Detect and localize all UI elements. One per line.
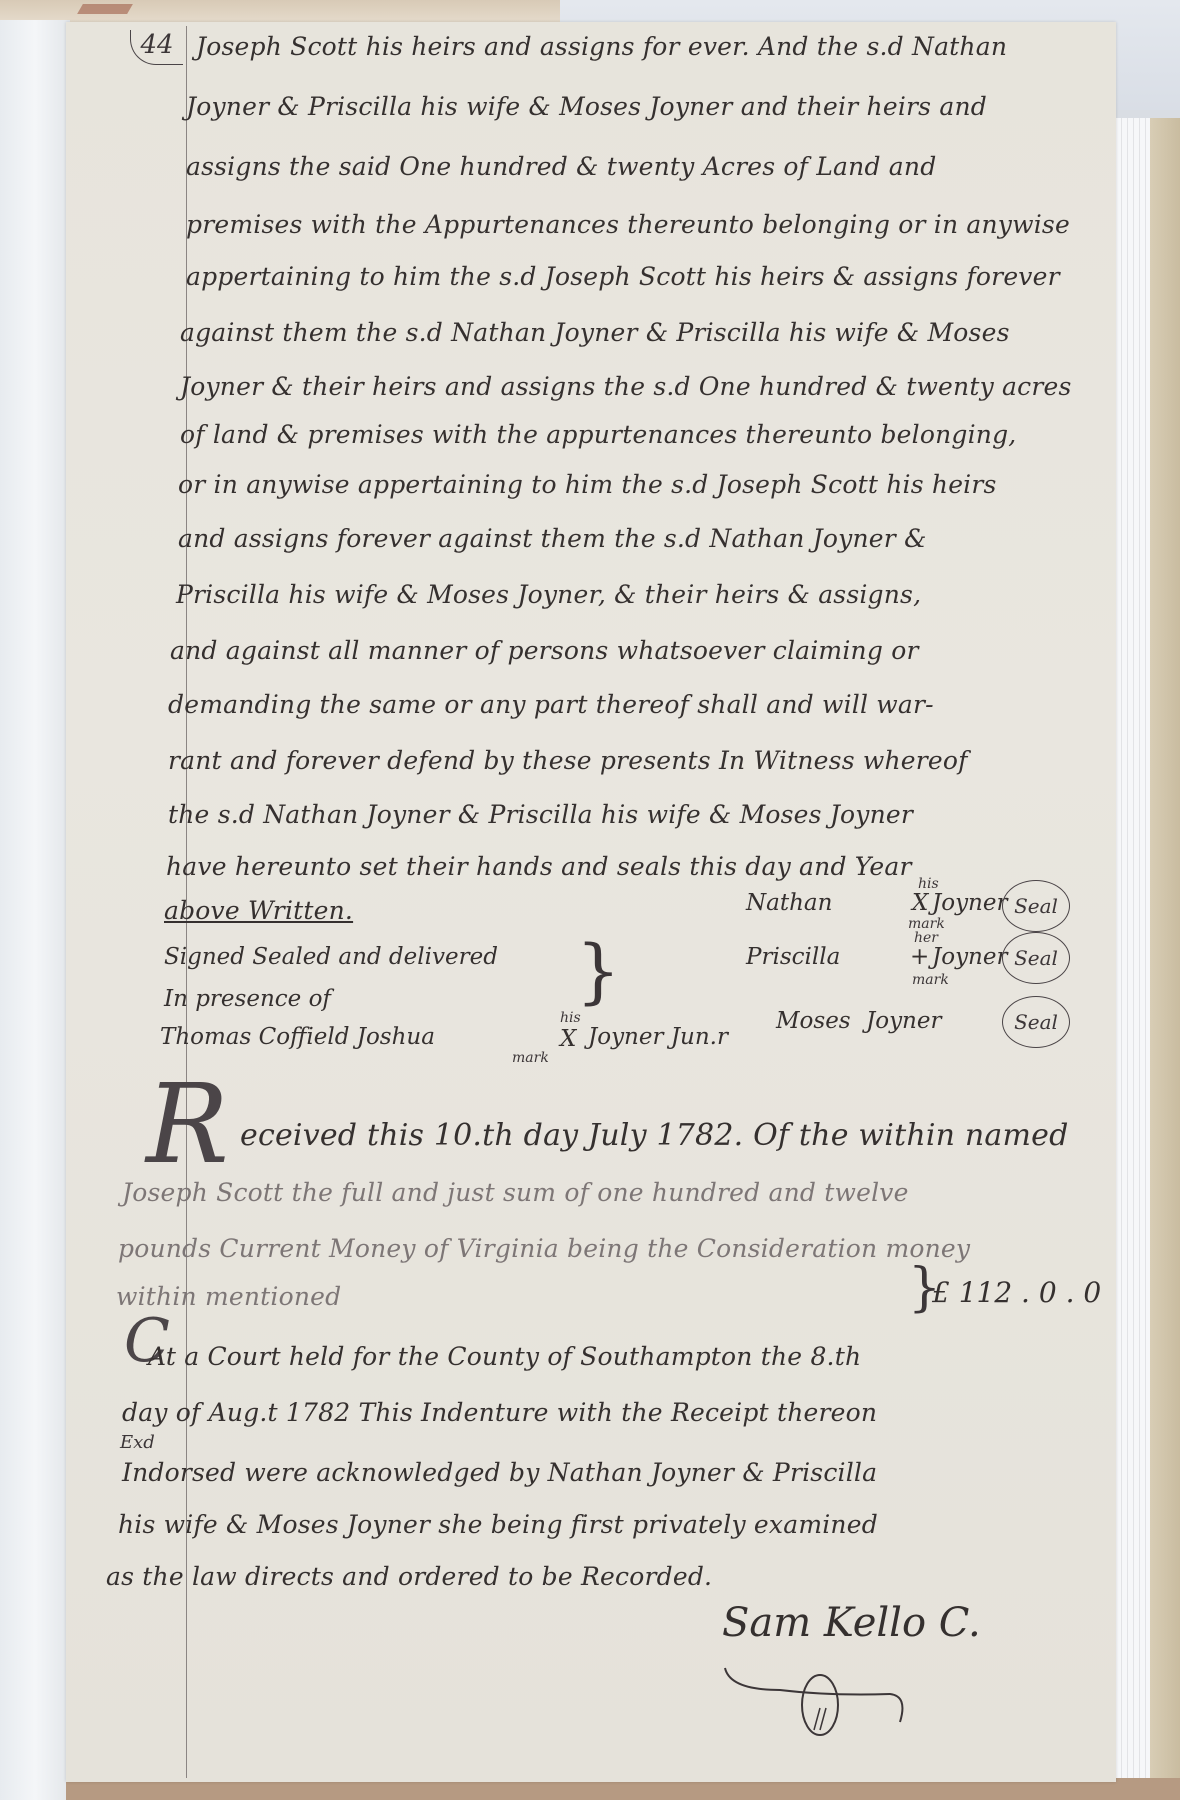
signature-moses-last: Joyner xyxy=(866,1008,941,1034)
scanned-ledger-page: 44 Joseph Scott his heirs and assigns fo… xyxy=(0,0,1180,1800)
court-line: day of Aug.t 1782 This Indenture with th… xyxy=(122,1398,1022,1427)
receipt-initial: R xyxy=(146,1060,229,1188)
signature-priscilla-last: Joyner xyxy=(932,944,1007,970)
receipt-line: Joseph Scott the full and just sum of on… xyxy=(122,1178,1022,1207)
deed-line: or in anywise appertaining to him the s.… xyxy=(178,470,1078,499)
clerk-flourish-icon xyxy=(720,1660,910,1740)
deed-line: the s.d Nathan Joyner & Priscilla his wi… xyxy=(168,800,1068,829)
receipt-amount: £ 112 . 0 . 0 xyxy=(932,1276,1101,1309)
signature-moses-first: Moses xyxy=(776,1008,851,1034)
deed-line: of land & premises with the appurtenance… xyxy=(180,420,1080,449)
witness-presence: In presence of xyxy=(164,986,331,1012)
witness-attestation: Signed Sealed and delivered xyxy=(164,944,498,970)
seal-priscilla: Seal xyxy=(1002,932,1070,984)
witness-mark-x: X xyxy=(560,1026,576,1052)
signature-priscilla-first: Priscilla xyxy=(746,944,840,970)
clerk-signature: Sam Kello C. xyxy=(722,1600,981,1646)
signature-priscilla-mark: mark xyxy=(912,972,949,988)
signature-nathan-x: X xyxy=(912,890,928,916)
deed-line: and against all manner of persons whatso… xyxy=(170,636,1070,665)
deed-line: Priscilla his wife & Moses Joyner, & the… xyxy=(176,580,1076,609)
deed-line: assigns the said One hundred & twenty Ac… xyxy=(186,152,1086,181)
witness-his: his xyxy=(560,1010,581,1026)
witness-brace: } xyxy=(576,930,621,1012)
receipt-line: within mentioned xyxy=(116,1282,1016,1311)
court-line: as the law directs and ordered to be Rec… xyxy=(106,1562,1006,1591)
deed-line: premises with the Appurtenances thereunt… xyxy=(186,210,1086,239)
witness-mark-label: mark xyxy=(512,1050,549,1066)
deed-line: Joyner & their heirs and assigns the s.d… xyxy=(180,372,1080,401)
deed-line: rant and forever defend by these present… xyxy=(168,746,1068,775)
seal-moses: Seal xyxy=(1002,996,1070,1048)
witness-names: Thomas Coffield Joshua xyxy=(160,1024,435,1050)
receipt-line: eceived this 10.th day July 1782. Of the… xyxy=(240,1118,1140,1153)
signature-nathan-last: Joyner xyxy=(932,890,1007,916)
deed-line: against them the s.d Nathan Joyner & Pri… xyxy=(180,318,1080,347)
left-page-edges xyxy=(0,20,70,1800)
receipt-line: pounds Current Money of Virginia being t… xyxy=(118,1234,1018,1263)
deed-line: Joyner & Priscilla his wife & Moses Joyn… xyxy=(186,92,1086,121)
signature-priscilla-x: + xyxy=(910,944,929,970)
signature-nathan-first: Nathan xyxy=(746,890,832,916)
margin-note-examined: Exd xyxy=(120,1432,155,1453)
seal-nathan: Seal xyxy=(1002,880,1070,932)
court-line: Indorsed were acknowledged by Nathan Joy… xyxy=(122,1458,1022,1487)
deed-line: and assigns forever against them the s.d… xyxy=(178,524,1078,553)
deed-line: Joseph Scott his heirs and assigns for e… xyxy=(196,32,1096,61)
court-line: his wife & Moses Joyner she being first … xyxy=(118,1510,1018,1539)
paper-tab xyxy=(77,4,133,14)
deed-line: appertaining to him the s.d Joseph Scott… xyxy=(186,262,1086,291)
book-binding xyxy=(1150,118,1180,1800)
deed-line: demanding the same or any part thereof s… xyxy=(168,690,1068,719)
court-line: At a Court held for the County of Southa… xyxy=(148,1342,1048,1371)
witness-surname: Joyner Jun.r xyxy=(588,1024,728,1050)
